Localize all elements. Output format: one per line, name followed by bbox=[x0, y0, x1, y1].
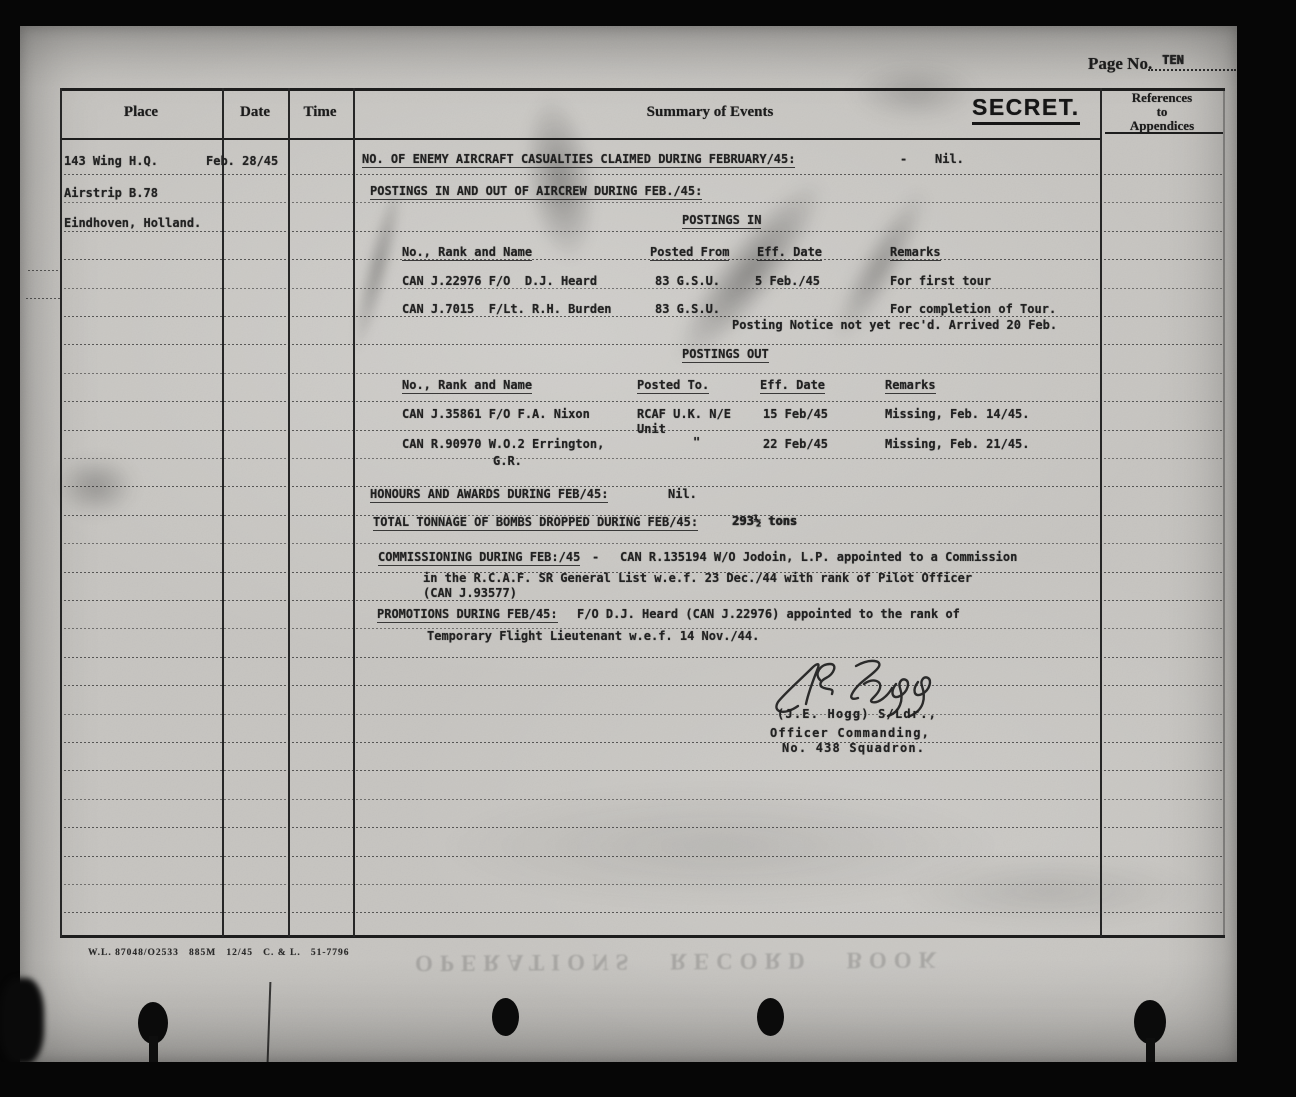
dotted-rule-line bbox=[60, 344, 1223, 345]
postings-in-row-remarks: For completion of Tour. bbox=[890, 302, 1056, 317]
dotted-rule-line bbox=[60, 202, 1223, 203]
stain bbox=[850, 62, 980, 122]
postings-out-title: POSTINGS OUT bbox=[682, 347, 769, 363]
form-imprint: W.L. 87048/O2533 885M 12/45 C. & L. 51-7… bbox=[88, 948, 350, 958]
commissioning-line-2: in the R.C.A.F. SR General List w.e.f. 2… bbox=[423, 571, 972, 586]
promotions-heading: PROMOTIONS DURING FEB/45: bbox=[377, 607, 558, 623]
commissioning-line-1: CAN R.135194 W/O Jodoin, L.P. appointed … bbox=[620, 550, 1017, 565]
dotted-rule-line bbox=[60, 231, 1223, 232]
postings-in-row-name: CAN J.7015 F/Lt. R.H. Burden bbox=[402, 302, 612, 317]
scan-border-top bbox=[0, 0, 1296, 26]
table-bottom-border bbox=[60, 935, 1225, 938]
dotted-rule-line bbox=[60, 486, 1223, 487]
dotted-rule-line bbox=[60, 458, 1223, 459]
casualties-separator: - bbox=[900, 152, 907, 167]
page-number-value: TEN bbox=[1162, 53, 1184, 68]
honours-heading: HONOURS AND AWARDS DURING FEB/45: bbox=[370, 487, 608, 503]
dotted-rule-line bbox=[60, 884, 1223, 885]
signature-title-line: Officer Commanding, bbox=[770, 726, 930, 741]
dotted-rule-line bbox=[60, 600, 1223, 601]
divider-summary-references bbox=[1100, 88, 1102, 937]
scan-border-bottom bbox=[0, 1062, 1296, 1097]
postings-out-row-date: 22 Feb/45 bbox=[763, 437, 828, 452]
postings-out-col-name: No., Rank and Name bbox=[402, 378, 532, 394]
column-header-references-3: Appendices bbox=[1130, 118, 1194, 134]
postings-in-col-date: Eff. Date bbox=[757, 245, 822, 261]
bleed-through-ghost bbox=[440, 786, 1000, 906]
scratch-mark bbox=[267, 982, 272, 1062]
postings-in-col-remarks: Remarks bbox=[890, 245, 941, 261]
postings-out-col-date: Eff. Date bbox=[760, 378, 825, 394]
promotions-line-2: Temporary Flight Lieutenant w.e.f. 14 No… bbox=[427, 629, 759, 644]
postings-out-row-name: CAN J.35861 F/O F.A. Nixon bbox=[402, 407, 590, 422]
bleed-through-ghost bbox=[900, 856, 1200, 926]
dotted-rule-line bbox=[60, 288, 1223, 289]
postings-in-row-date: 5 Feb./45 bbox=[755, 274, 820, 289]
postings-out-row-remarks: Missing, Feb. 14/45. bbox=[885, 407, 1030, 422]
postings-in-col-from: Posted From bbox=[650, 245, 729, 261]
honours-value: Nil. bbox=[668, 487, 697, 502]
punch-hole-tear bbox=[1146, 1038, 1155, 1062]
dotted-rule-line bbox=[60, 770, 1223, 771]
entry-date: Feb. 28/45 bbox=[206, 154, 278, 169]
postings-in-note: Posting Notice not yet rec'd. Arrived 20… bbox=[732, 318, 1057, 333]
postings-in-row-from: 83 G.S.U. bbox=[655, 274, 720, 289]
margin-rule-mark bbox=[28, 270, 60, 271]
punch-hole bbox=[492, 998, 519, 1036]
table-left-border bbox=[60, 88, 62, 937]
commissioning-heading: COMMISSIONING DURING FEB:/45 bbox=[378, 550, 580, 566]
place-line-2: Airstrip B.78 bbox=[64, 186, 158, 201]
postings-out-row-name: CAN R.90970 W.O.2 Errington, bbox=[402, 437, 604, 452]
dotted-rule-line bbox=[60, 174, 1223, 175]
tonnage-value: 293½ tons bbox=[732, 514, 797, 529]
commissioning-separator: - bbox=[592, 550, 599, 565]
signature-name-line: (J.E. Hogg) S/Ldr., bbox=[777, 707, 937, 722]
divider-time-summary bbox=[353, 88, 355, 937]
dotted-rule-line bbox=[60, 799, 1223, 800]
postings-out-row-to: RCAF U.K. N/E bbox=[637, 407, 731, 422]
paper-sheet: Page No. TEN Place Date Time Summary of … bbox=[20, 26, 1237, 1062]
postings-out-col-to: Posted To. bbox=[637, 378, 709, 394]
postings-out-row-to-cont: Unit bbox=[637, 422, 666, 437]
signature-unit-line: No. 438 Squadron. bbox=[782, 741, 925, 756]
table-right-border bbox=[1223, 88, 1225, 937]
postings-heading: POSTINGS IN AND OUT OF AIRCREW DURING FE… bbox=[370, 184, 702, 200]
secret-classification-stamp: SECRET. bbox=[972, 94, 1080, 125]
casualties-heading: NO. OF ENEMY AIRCRAFT CASUALTIES CLAIMED… bbox=[362, 152, 795, 168]
bleed-through-watermark: OPERATIONS RECORD BOOK bbox=[415, 946, 944, 976]
dotted-rule-line bbox=[60, 856, 1223, 857]
dotted-rule-line bbox=[60, 714, 1223, 715]
postings-out-row-date: 15 Feb/45 bbox=[763, 407, 828, 422]
place-line-3: Eindhoven, Holland. bbox=[64, 216, 201, 231]
dotted-rule-line bbox=[60, 373, 1223, 374]
punch-hole bbox=[757, 998, 784, 1036]
dotted-rule-line bbox=[60, 685, 1223, 686]
column-header-summary: Summary of Events bbox=[647, 104, 774, 121]
casualties-value: Nil. bbox=[935, 152, 964, 167]
commissioning-line-3: (CAN J.93577) bbox=[423, 586, 517, 601]
postings-in-row-remarks: For first tour bbox=[890, 274, 991, 289]
column-header-date: Date bbox=[240, 104, 270, 121]
postings-in-row-name: CAN J.22976 F/O D.J. Heard bbox=[402, 274, 597, 289]
postings-in-col-name: No., Rank and Name bbox=[402, 245, 532, 261]
scanned-document-page: Page No. TEN Place Date Time Summary of … bbox=[0, 0, 1296, 1097]
page-number-label: Page No. bbox=[1088, 54, 1152, 74]
header-bottom-border bbox=[60, 138, 1102, 140]
column-header-time: Time bbox=[303, 104, 336, 121]
postings-out-col-remarks: Remarks bbox=[885, 378, 936, 394]
postings-out-row-name-cont: G.R. bbox=[493, 454, 522, 469]
postings-in-row-from: 83 G.S.U. bbox=[655, 302, 720, 317]
dotted-rule-line bbox=[60, 259, 1223, 260]
column-header-place: Place bbox=[124, 104, 158, 121]
table-top-border bbox=[60, 88, 1225, 91]
postings-in-title: POSTINGS IN bbox=[682, 213, 761, 229]
ink-smudge bbox=[514, 90, 607, 268]
scan-edge-blob bbox=[0, 978, 44, 1064]
postings-out-row-remarks: Missing, Feb. 21/45. bbox=[885, 437, 1030, 452]
dotted-rule-line bbox=[60, 827, 1223, 828]
dotted-rule-line bbox=[60, 543, 1223, 544]
dotted-rule-line bbox=[60, 401, 1223, 402]
divider-date-time bbox=[288, 88, 290, 937]
tonnage-heading: TOTAL TONNAGE OF BOMBS DROPPED DURING FE… bbox=[373, 515, 698, 531]
divider-place-date bbox=[222, 88, 224, 937]
promotions-line-1: F/O D.J. Heard (CAN J.22976) appointed t… bbox=[577, 607, 960, 622]
punch-hole-tear bbox=[149, 1036, 158, 1062]
place-line-1: 143 Wing H.Q. bbox=[64, 154, 158, 169]
margin-rule-mark bbox=[26, 298, 60, 299]
dotted-rule-line bbox=[60, 912, 1223, 913]
dotted-rule-line bbox=[60, 657, 1223, 658]
postings-out-row-to-ditto: " bbox=[693, 435, 700, 450]
dotted-rule-line bbox=[60, 742, 1223, 743]
